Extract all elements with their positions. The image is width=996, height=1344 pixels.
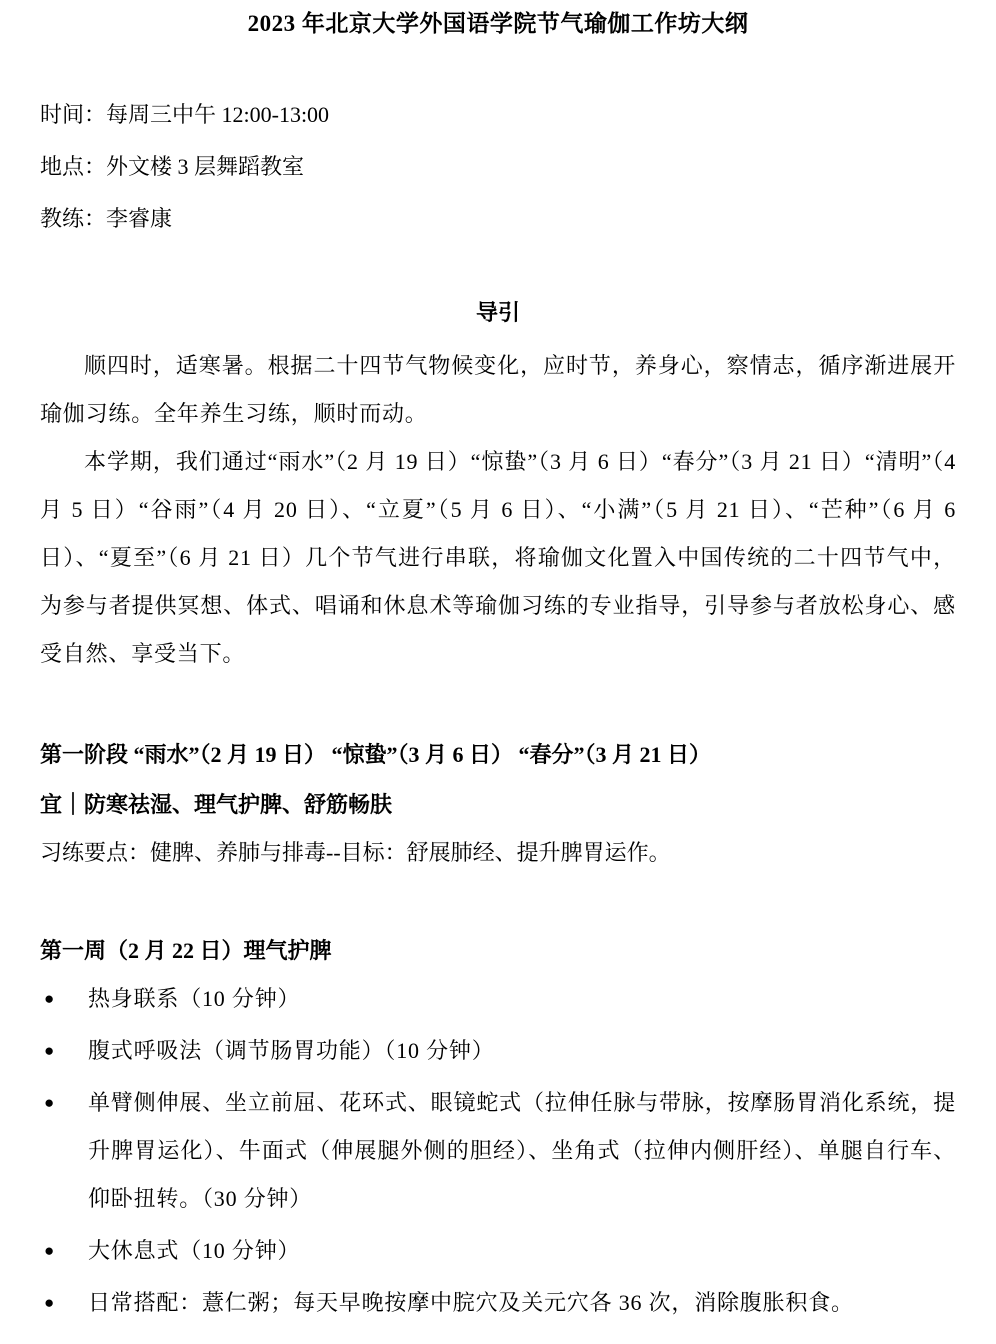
list-item: ● 大休息式（10 分钟） <box>40 1227 956 1275</box>
intro-heading: 导引 <box>40 300 956 326</box>
bullet-text: 热身联系（10 分钟） <box>88 986 300 1011</box>
list-item: ● 日常搭配：薏仁粥；每天早晚按摩中脘穴及关元穴各 36 次，消除腹胀积食。 <box>40 1279 956 1327</box>
stage1-suitable: 宜｜防寒祛湿、理气护脾、舒筋畅肤 <box>40 792 956 818</box>
bullet-text: 大休息式（10 分钟） <box>88 1238 300 1263</box>
list-item: ● 热身联系（10 分钟） <box>40 975 956 1023</box>
week1-heading: 第一周（2 月 22 日）理气护脾 <box>40 938 956 964</box>
bullet-text: 腹式呼吸法（调节肠胃功能）（10 分钟） <box>88 1038 495 1063</box>
bullet-icon: ● <box>44 1279 54 1327</box>
document-page: 2023 年北京大学外国语学院节气瑜伽工作坊大纲 时间：每周三中午 12:00-… <box>0 0 996 1344</box>
info-location: 地点：外文楼 3 层舞蹈教室 <box>40 155 956 179</box>
bullet-text: 日常搭配：薏仁粥；每天早晚按摩中脘穴及关元穴各 36 次，消除腹胀积食。 <box>88 1290 854 1315</box>
bullet-icon: ● <box>44 1079 54 1127</box>
stage1-key-points: 习练要点：健脾、养肺与排毒--目标：舒展肺经、提升脾胃运作。 <box>40 840 956 866</box>
list-item: ● 单臂侧伸展、坐立前屈、花环式、眼镜蛇式（拉伸任脉与带脉，按摩肠胃消化系统，提… <box>40 1079 956 1223</box>
week1-bullet-list: ● 热身联系（10 分钟） ● 腹式呼吸法（调节肠胃功能）（10 分钟） ● 单… <box>40 975 956 1327</box>
stage1-heading: 第一阶段 “雨水”（2 月 19 日） “惊蛰”（3 月 6 日） “春分”（3… <box>40 742 956 768</box>
bullet-icon: ● <box>44 1227 54 1275</box>
info-time: 时间：每周三中午 12:00-13:00 <box>40 103 956 127</box>
intro-paragraph-2: 本学期，我们通过“雨水”（2 月 19 日）“惊蛰”（3 月 6 日）“春分”（… <box>40 438 956 678</box>
bullet-icon: ● <box>44 1027 54 1075</box>
info-block: 时间：每周三中午 12:00-13:00 地点：外文楼 3 层舞蹈教室 教练：李… <box>40 103 956 231</box>
info-coach: 教练：李睿康 <box>40 207 956 231</box>
list-item: ● 腹式呼吸法（调节肠胃功能）（10 分钟） <box>40 1027 956 1075</box>
bullet-icon: ● <box>44 975 54 1023</box>
bullet-text: 单臂侧伸展、坐立前屈、花环式、眼镜蛇式（拉伸任脉与带脉，按摩肠胃消化系统，提升脾… <box>88 1090 956 1211</box>
document-title: 2023 年北京大学外国语学院节气瑜伽工作坊大纲 <box>40 9 956 39</box>
intro-paragraph-1: 顺四时，适寒暑。根据二十四节气物候变化，应时节，养身心，察情志，循序渐进展开瑜伽… <box>40 342 956 438</box>
